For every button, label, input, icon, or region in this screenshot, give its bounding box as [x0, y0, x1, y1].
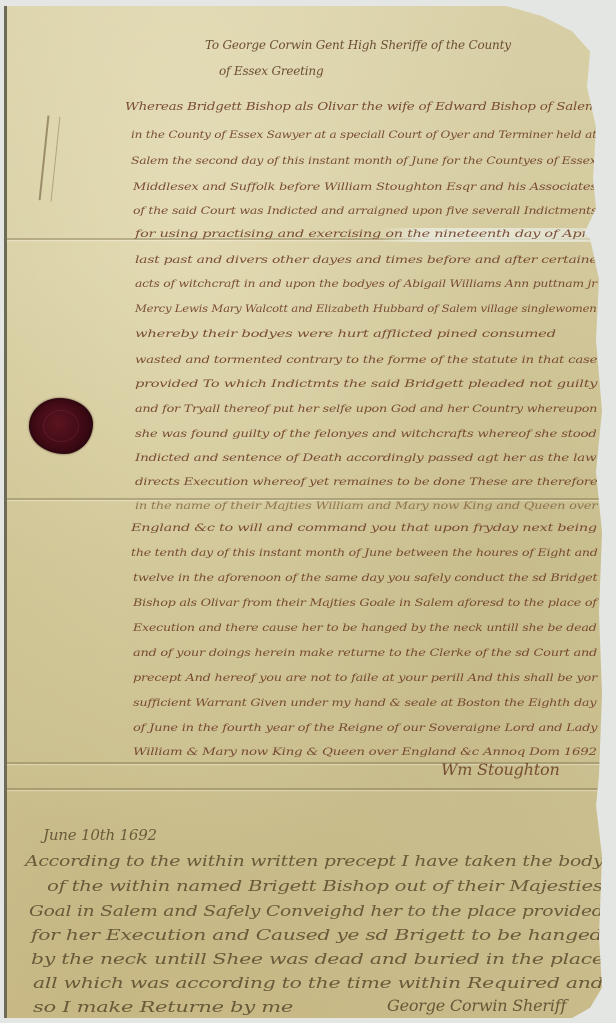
- warrant-line: Middlesex and Suffolk before William Sto…: [133, 181, 597, 193]
- warrant-line: the tenth day of this instant month of J…: [131, 547, 598, 559]
- warrant-line: she was found guilty of the felonyes and…: [135, 428, 597, 440]
- signature-corwin: George Corwin Sheriff: [387, 996, 566, 1015]
- warrant-line: for using practising and exercising on t…: [135, 228, 597, 240]
- warrant-line: Whereas Bridgett Bishop als Olivar the w…: [125, 100, 597, 113]
- warrant-line: and for Tryall thereof put her selfe upo…: [135, 403, 597, 415]
- wax-seal-icon: [29, 398, 93, 454]
- return-line: According to the within written precept …: [25, 852, 603, 870]
- return-line: all which was according to the time with…: [33, 974, 603, 992]
- warrant-line: of the said Court was Indicted and arrai…: [133, 205, 597, 217]
- signature-stoughton: Wm Stoughton: [441, 760, 560, 779]
- warrant-line: of June in the fourth year of the Reigne…: [133, 722, 597, 734]
- return-date: June 10th 1692: [43, 826, 157, 844]
- warrant-line: in the County of Essex Sawyer at a speci…: [131, 129, 597, 141]
- warrant-line: Salem the second day of this instant mon…: [131, 155, 596, 167]
- margin-pen-marks: [39, 116, 61, 202]
- return-line: so I make Returne by me: [33, 998, 293, 1016]
- warrant-line: acts of witchcraft in and upon the bodye…: [135, 278, 597, 290]
- manuscript-page: To George Corwin Gent High Sheriffe of t…: [4, 6, 602, 1018]
- warrant-line: Bishop als Olivar from their Majties Goa…: [133, 597, 597, 609]
- warrant-line: precept And hereof you are not to faile …: [133, 672, 597, 684]
- return-line: of the within named Brigett Bishop out o…: [47, 877, 603, 895]
- warrant-line: sufficient Warrant Given under my hand &…: [133, 697, 596, 709]
- warrant-line: Indicted and sentence of Death according…: [135, 452, 596, 464]
- warrant-line: wasted and tormented contrary to the for…: [135, 354, 597, 366]
- warrant-line: England &c to will and command you that …: [131, 522, 597, 534]
- warrant-line: twelve in the aforenoon of the same day …: [133, 572, 597, 584]
- warrant-line: provided To which Indictmts the said Bri…: [135, 378, 597, 390]
- return-line: by the neck untill Shee was dead and bur…: [31, 950, 604, 968]
- warrant-line: Execution and there cause her to be hang…: [133, 622, 596, 634]
- warrant-line: Mercy Lewis Mary Walcott and Elizabeth H…: [135, 303, 596, 315]
- warrant-line: and of your doings herein make returne t…: [133, 647, 597, 659]
- header-line: of Essex Greeting: [219, 64, 323, 78]
- header-line: To George Corwin Gent High Sheriffe of t…: [205, 38, 511, 52]
- warrant-line: last past and divers other dayes and tim…: [135, 254, 597, 266]
- warrant-line: in the name of their Majties William and…: [135, 500, 597, 512]
- warrant-line: William & Mary now King & Queen over Eng…: [133, 746, 597, 758]
- return-line: for her Execution and Caused ye sd Brige…: [31, 926, 602, 944]
- fold-crease: [7, 788, 602, 790]
- return-line: Goal in Salem and Safely Conveighd her t…: [29, 902, 603, 920]
- warrant-line: whereby their bodyes were hurt afflicted…: [135, 328, 556, 340]
- warrant-line: directs Execution whereof yet remaines t…: [135, 476, 597, 488]
